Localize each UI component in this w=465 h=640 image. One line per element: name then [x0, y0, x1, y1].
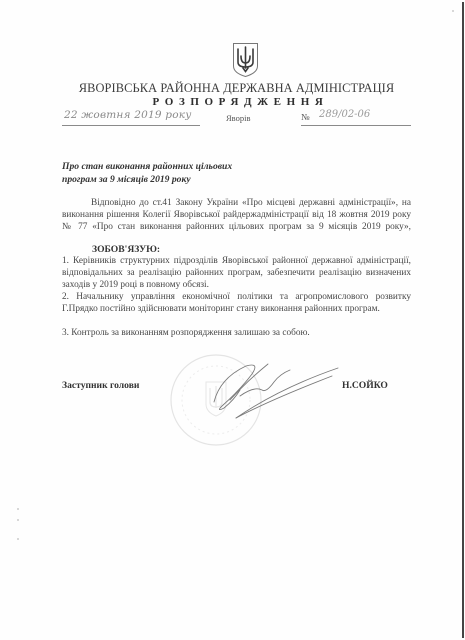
document-number-field: № 289/02-06: [301, 108, 411, 126]
scanned-document-page: ЯВОРІВСЬКА РАЙОННА ДЕРЖАВНА АДМІНІСТРАЦІ…: [0, 0, 465, 640]
number-sign: №: [301, 112, 310, 122]
coat-of-arms-icon: [232, 42, 259, 78]
subject-line-2: програм за 9 місяців 2019 року: [62, 173, 282, 186]
scan-speck: [17, 538, 19, 540]
date-field: 22 жовтня 2019 року: [62, 108, 200, 126]
document-subject: Про стан виконання районних цільових про…: [62, 160, 282, 186]
handwritten-signature: [210, 360, 340, 430]
scan-speck: [17, 508, 19, 510]
directive-heading: ЗОБОВ'ЯЗУЮ:: [92, 244, 160, 255]
handwritten-number: 289/02-06: [319, 109, 370, 120]
scan-speck: [17, 519, 19, 521]
intro-paragraph: Відповідно до ст.41 Закону України «Про …: [62, 198, 411, 245]
document-type-heading: РОЗПОРЯДЖЕННЯ: [0, 96, 465, 108]
order-item-3: 3. Контроль за виконанням розпорядження …: [62, 328, 411, 340]
place-of-issue: Яворів: [226, 113, 251, 123]
signatory-name: Н.СОЙКО: [342, 380, 388, 391]
scan-speck: [452, 10, 454, 12]
handwritten-date: 22 жовтня 2019 року: [64, 109, 192, 121]
order-item-2: 2. Начальнику управління економічної пол…: [62, 292, 411, 316]
subject-line-1: Про стан виконання районних цільових: [62, 160, 282, 173]
signatory-position: Заступник голови: [62, 380, 139, 391]
organization-name: ЯВОРІВСЬКА РАЙОННА ДЕРЖАВНА АДМІНІСТРАЦІ…: [0, 81, 465, 96]
order-item-1: 1. Керівників структурних підрозділів Яв…: [62, 256, 411, 291]
